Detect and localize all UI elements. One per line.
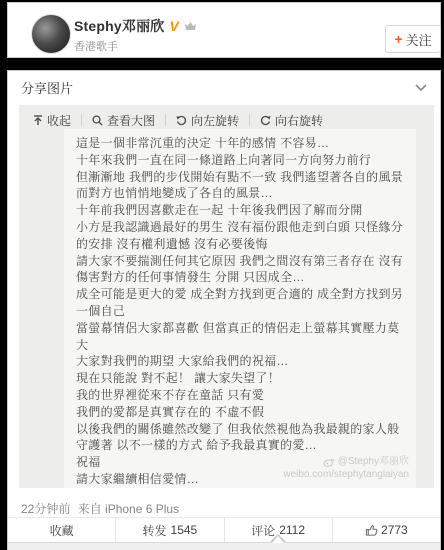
collapse-label: 收起: [47, 112, 71, 129]
comments-section-top: [8, 542, 440, 550]
rotate-right-label: 向右旋转: [275, 112, 323, 129]
toolbar-separator: [165, 114, 166, 126]
favorite-label: 收藏: [50, 522, 74, 539]
verified-v-icon: V: [169, 18, 178, 34]
post-meta: 22分钟前 来自 iPhone 6 Plus: [21, 500, 179, 517]
shared-statement-image[interactable]: 這是一個非常沉重的決定 十年的感情 不容易… 十年來我們一直在同一條道路上向著同…: [64, 129, 416, 488]
statement-line: 我的世界裡從來不存在童話 只有愛: [76, 387, 406, 404]
weibo-logo-icon: [322, 455, 336, 468]
statement-line: 當螢幕情侶大家都喜歡 但當真正的情侶走上螢幕其實壓力莫: [76, 320, 406, 337]
username[interactable]: Stephy邓丽欣: [74, 16, 164, 36]
statement-line: 守護著 以不一樣的方式 給予我最真實的愛…: [76, 437, 406, 454]
name-row: Stephy邓丽欣 V: [74, 16, 197, 36]
statement-line: 小方是我認識過最好的男生 沒有福份跟他走到白頭 只怪緣分: [76, 219, 406, 236]
statement-line: 現在只能說 對不起！ 讓大家失望了！: [76, 370, 406, 387]
statement-line: 一個自己: [76, 303, 406, 320]
image-toolbar: 收起 查看大图 向左旋转 向右旋转: [33, 112, 323, 128]
toolbar-separator: [249, 114, 250, 126]
statement-line: 但漸漸地 我們的步伐開始有點不一致 我們遙望著各自的風景: [76, 169, 406, 186]
vip-crown-icon: [184, 21, 197, 32]
profile-header-card: Stephy邓丽欣 V 香港歌手 + 关注: [7, 2, 441, 58]
comments-caret-fill: [272, 536, 284, 543]
statement-line: 大家對我們的期望 大家給我們的祝福…: [76, 353, 406, 370]
rotate-right-button[interactable]: 向右旋转: [260, 112, 323, 129]
statement-line: 大: [76, 337, 406, 354]
collapse-arrow-icon: [33, 115, 43, 126]
statement-line: 我們的愛都是真實存在的 不虛不假: [76, 404, 406, 421]
magnifier-icon: [92, 115, 103, 126]
statement-line: 傷害對方的任何事情發生 分開 只因成全…: [76, 269, 406, 286]
avatar[interactable]: [31, 14, 71, 54]
statement-line: 十年前我們因喜歡走在一起 十年後我們因了解而分開: [76, 202, 406, 219]
user-subtitle: 香港歌手: [74, 38, 118, 54]
follow-button[interactable]: + 关注: [385, 25, 441, 53]
watermark-handle: @Stephy邓丽欣: [338, 455, 409, 468]
post-time: 22分钟前: [21, 502, 70, 516]
statement-line: 的安排 沒有權利遺憾 沒有必要後悔: [76, 236, 406, 253]
view-large-button[interactable]: 查看大图: [92, 112, 155, 129]
view-large-label: 查看大图: [107, 112, 155, 129]
image-panel: 收起 查看大图 向左旋转 向右旋转: [19, 105, 434, 488]
thumbs-up-icon: [365, 524, 378, 537]
repost-label: 转发: [143, 522, 167, 539]
weibo-watermark: @Stephy邓丽欣 weibo.com/stephytanglaiyan: [283, 455, 409, 481]
post-title: 分享图片: [21, 78, 73, 97]
action-bar: 收藏 转发 1545 评论 2112 2773: [8, 517, 440, 542]
statement-line: 而對方也悄悄地變成了各自的風景…: [76, 185, 406, 202]
repost-button[interactable]: 转发 1545: [115, 518, 223, 542]
statement-text: 這是一個非常沉重的決定 十年的感情 不容易… 十年來我們一直在同一條道路上向著同…: [64, 129, 416, 488]
statement-line: 成全可能是更大的愛 成全對方找到更合適的 成全對方找到另: [76, 286, 406, 303]
statement-line: 這是一個非常沉重的決定 十年的感情 不容易…: [76, 135, 406, 152]
follow-button-label: 关注: [406, 30, 432, 49]
repost-count: 1545: [171, 523, 198, 537]
rotate-left-icon: [176, 115, 187, 126]
post-card: 分享图片 收起 查看大图 向左旋转: [7, 70, 441, 550]
toolbar-separator: [81, 114, 82, 126]
chevron-down-icon[interactable]: [415, 79, 427, 97]
rotate-left-button[interactable]: 向左旋转: [176, 112, 239, 129]
rotate-right-icon: [260, 115, 271, 126]
watermark-url: weibo.com/stephytanglaiyan: [283, 468, 409, 481]
like-button[interactable]: 2773: [332, 518, 440, 542]
like-count: 2773: [381, 523, 408, 537]
plus-icon: +: [394, 31, 402, 47]
post-source[interactable]: 来自 iPhone 6 Plus: [78, 502, 179, 516]
favorite-button[interactable]: 收藏: [8, 518, 115, 542]
statement-line: 請大家不要揣測任何其它原因 我們之間沒有第三者存在 沒有: [76, 253, 406, 270]
statement-line: 十年來我們一直在同一條道路上向著同一方向努力前行: [76, 152, 406, 169]
collapse-button[interactable]: 收起: [33, 112, 71, 129]
statement-line: 以後我們的關係雖然改變了 但我依然視他為我最親的家人般: [76, 421, 406, 438]
rotate-left-label: 向左旋转: [191, 112, 239, 129]
